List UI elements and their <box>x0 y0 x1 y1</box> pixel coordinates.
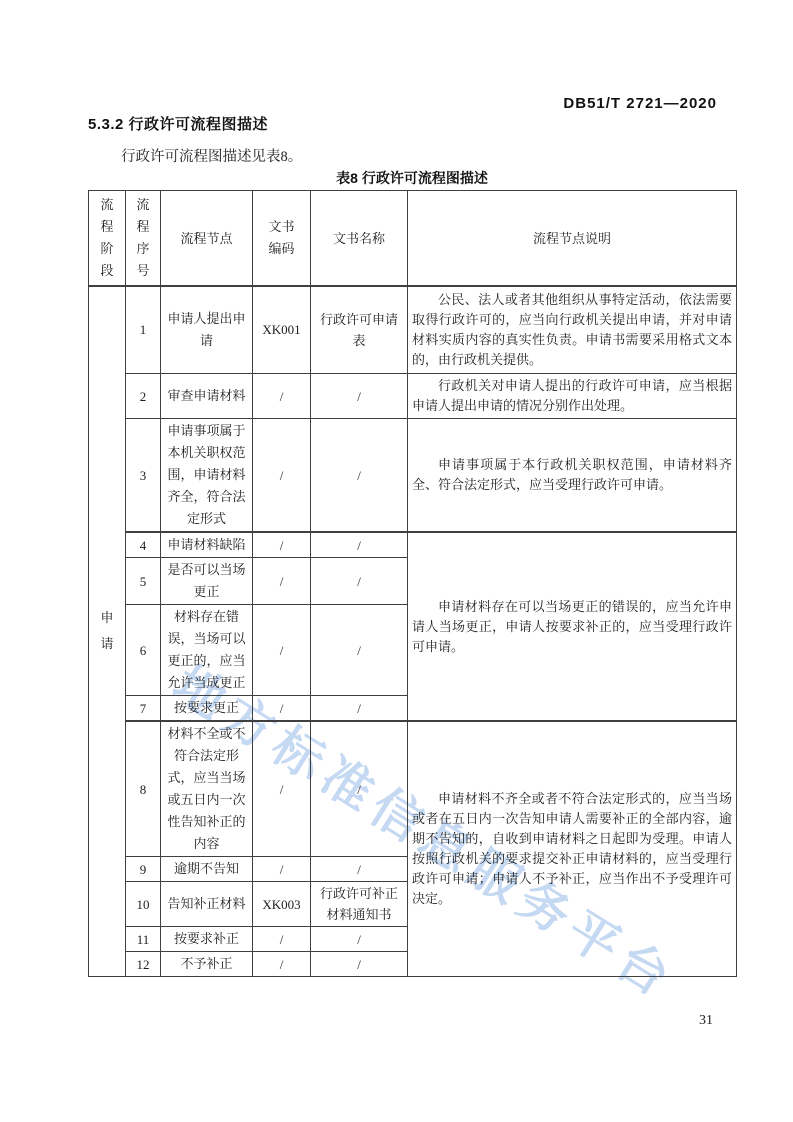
doc-code-cell: / <box>253 558 311 605</box>
doc-name-cell: / <box>311 721 408 857</box>
table-row: 8 材料不全或不符合法定形式，应当当场或五日内一次性告知补正的内容 / / 申请… <box>89 721 737 857</box>
doc-code-cell: / <box>253 857 311 882</box>
seq-cell: 10 <box>126 882 161 927</box>
node-cell: 告知补正材料 <box>161 882 253 927</box>
node-cell: 按要求更正 <box>161 696 253 722</box>
table-header-row: 流程阶段 流程序号 流程节点 文书编码 文书名称 流程节点说明 <box>89 191 737 286</box>
table-row: 申请 1 申请人提出申请 XK001 行政许可申请表 公民、法人或者其他组织从事… <box>89 286 737 374</box>
node-cell: 不予补正 <box>161 952 253 977</box>
doc-code-cell: / <box>253 605 311 696</box>
doc-code-cell: / <box>253 927 311 952</box>
node-cell: 按要求补正 <box>161 927 253 952</box>
doc-name-cell: 行政许可补正材料通知书 <box>311 882 408 927</box>
desc-cell-merged-4-7: 申请材料存在可以当场更正的错误的，应当允许申请人当场更正，申请人按要求补正的，应… <box>408 532 737 721</box>
flowchart-description-table: 流程阶段 流程序号 流程节点 文书编码 文书名称 流程节点说明 申请 1 申请人… <box>88 190 737 977</box>
seq-cell: 9 <box>126 857 161 882</box>
seq-cell: 6 <box>126 605 161 696</box>
doc-name-cell: / <box>311 605 408 696</box>
table-row: 3 申请事项属于本机关职权范围，申请材料齐全，符合法定形式 / / 申请事项属于… <box>89 419 737 533</box>
seq-cell: 3 <box>126 419 161 533</box>
seq-cell: 5 <box>126 558 161 605</box>
seq-cell: 8 <box>126 721 161 857</box>
page-number: 31 <box>699 1013 713 1029</box>
seq-cell: 1 <box>126 286 161 374</box>
doc-name-cell: 行政许可申请表 <box>311 286 408 374</box>
node-cell: 审查申请材料 <box>161 374 253 419</box>
doc-code-cell: / <box>253 532 311 558</box>
desc-cell: 公民、法人或者其他组织从事特定活动，依法需要取得行政许可的，应当向行政机关提出申… <box>408 286 737 374</box>
seq-cell: 11 <box>126 927 161 952</box>
doc-code-cell: / <box>253 952 311 977</box>
node-cell: 申请材料缺陷 <box>161 532 253 558</box>
col-header-stage: 流程阶段 <box>89 191 126 286</box>
node-cell: 材料存在错误，当场可以更正的，应当允许当成更正 <box>161 605 253 696</box>
doc-name-cell: / <box>311 927 408 952</box>
col-header-node: 流程节点 <box>161 191 253 286</box>
doc-code-cell: XK003 <box>253 882 311 927</box>
doc-code-cell: / <box>253 374 311 419</box>
standard-number: DB51/T 2721—2020 <box>563 95 717 112</box>
doc-name-cell: / <box>311 952 408 977</box>
seq-cell: 12 <box>126 952 161 977</box>
node-cell: 是否可以当场更正 <box>161 558 253 605</box>
document-page: DB51/T 2721—2020 5.3.2 行政许可流程图描述 行政许可流程图… <box>0 0 793 1122</box>
table-row: 4 申请材料缺陷 / / 申请材料存在可以当场更正的错误的，应当允许申请人当场更… <box>89 532 737 558</box>
doc-name-cell: / <box>311 558 408 605</box>
desc-cell-merged-8-12: 申请材料不齐全或者不符合法定形式的，应当当场或者在五日内一次告知申请人需要补正的… <box>408 721 737 977</box>
node-cell: 逾期不告知 <box>161 857 253 882</box>
section-heading: 5.3.2 行政许可流程图描述 <box>88 113 268 134</box>
node-cell: 申请事项属于本机关职权范围，申请材料齐全，符合法定形式 <box>161 419 253 533</box>
stage-cell: 申请 <box>89 286 126 977</box>
doc-name-cell: / <box>311 532 408 558</box>
doc-name-cell: / <box>311 374 408 419</box>
node-cell: 申请人提出申请 <box>161 286 253 374</box>
col-header-doc-name: 文书名称 <box>311 191 408 286</box>
node-cell: 材料不全或不符合法定形式，应当当场或五日内一次性告知补正的内容 <box>161 721 253 857</box>
doc-code-cell: / <box>253 419 311 533</box>
col-header-description: 流程节点说明 <box>408 191 737 286</box>
col-header-seq: 流程序号 <box>126 191 161 286</box>
table-row: 2 审查申请材料 / / 行政机关对申请人提出的行政许可申请，应当根据申请人提出… <box>89 374 737 419</box>
seq-cell: 4 <box>126 532 161 558</box>
doc-code-cell: XK001 <box>253 286 311 374</box>
desc-cell: 行政机关对申请人提出的行政许可申请，应当根据申请人提出申请的情况分别作出处理。 <box>408 374 737 419</box>
desc-cell: 申请事项属于本行政机关职权范围，申请材料齐全、符合法定形式，应当受理行政许可申请… <box>408 419 737 533</box>
table-caption: 表8 行政许可流程图描述 <box>88 168 736 188</box>
doc-name-cell: / <box>311 857 408 882</box>
seq-cell: 7 <box>126 696 161 722</box>
doc-code-cell: / <box>253 721 311 857</box>
doc-name-cell: / <box>311 419 408 533</box>
doc-code-cell: / <box>253 696 311 722</box>
col-header-doc-code: 文书编码 <box>253 191 311 286</box>
doc-name-cell: / <box>311 696 408 722</box>
seq-cell: 2 <box>126 374 161 419</box>
intro-paragraph: 行政许可流程图描述见表8。 <box>121 145 302 166</box>
